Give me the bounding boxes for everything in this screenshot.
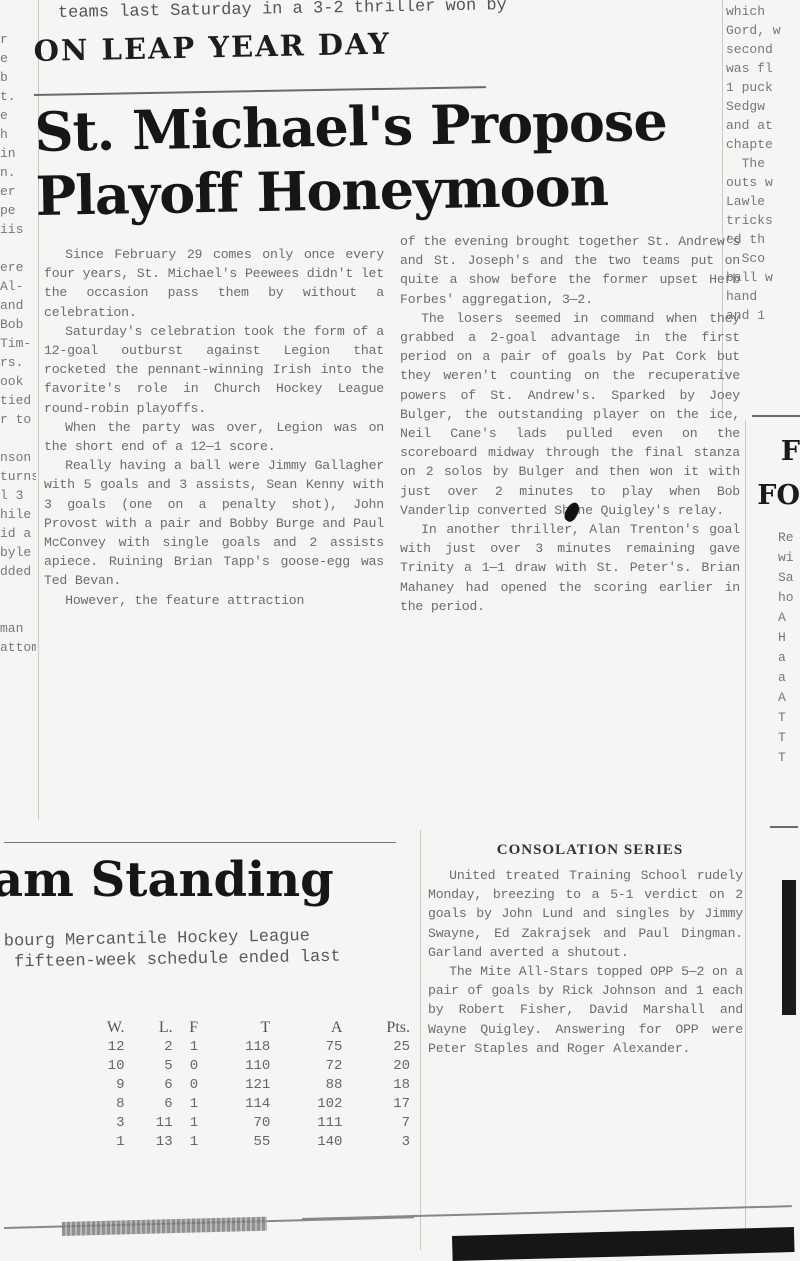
column-header: W.	[74, 1018, 124, 1037]
table-cell: 6	[124, 1094, 172, 1113]
column-header: A	[270, 1018, 342, 1037]
standings-table: W.L.FTAPts. 1221118752510501107220960121…	[74, 1018, 410, 1151]
table-row: 12211187525	[74, 1037, 410, 1056]
table-cell: 140	[270, 1132, 342, 1151]
article-paragraph: of the evening brought together St. Andr…	[400, 232, 740, 309]
table-cell: 1	[173, 1113, 198, 1132]
column-header: L.	[124, 1018, 172, 1037]
article-paragraph: Since February 29 comes only once every …	[44, 245, 384, 322]
table-cell: 3	[74, 1113, 124, 1132]
kicker-headline: ON LEAP YEAR DAY	[33, 27, 391, 68]
section-rule	[4, 842, 396, 843]
table-cell: 17	[342, 1094, 410, 1113]
main-headline: St. Michael's Propose Playoff Honeymoon	[34, 91, 668, 226]
dark-bar-fragment	[782, 880, 796, 1015]
newspaper-clipping: r e b t. e h in n. er pe iis ere Al- and…	[0, 0, 800, 1261]
column-header: Pts.	[342, 1018, 410, 1037]
table-row: 86111410217	[74, 1094, 410, 1113]
table-cell: 0	[173, 1056, 198, 1075]
column-header: F	[173, 1018, 198, 1037]
table-row: 3111701117	[74, 1113, 410, 1132]
table-cell: 1	[173, 1037, 198, 1056]
article-paragraph: Really having a ball were Jimmy Gallaghe…	[44, 456, 384, 590]
standings-headline: am Standing	[0, 852, 410, 908]
standings-intro: bourg Mercantile Hockey League fifteen-w…	[0, 924, 410, 973]
table-row: 9601218818	[74, 1075, 410, 1094]
bottom-rule	[302, 1205, 792, 1220]
table-cell: 10	[74, 1056, 124, 1075]
table-cell: 121	[198, 1075, 270, 1094]
table-cell: 70	[198, 1113, 270, 1132]
table-cell: 1	[173, 1094, 198, 1113]
table-cell: 25	[342, 1037, 410, 1056]
table-cell: 20	[342, 1056, 410, 1075]
table-cell: 6	[124, 1075, 172, 1094]
column-header: T	[198, 1018, 270, 1037]
article-paragraph: When the party was over, Legion was on t…	[44, 418, 384, 456]
article-column-2: of the evening brought together St. Andr…	[400, 232, 740, 616]
table-cell: 18	[342, 1075, 410, 1094]
table-cell: 11	[124, 1113, 172, 1132]
table-cell: 12	[74, 1037, 124, 1056]
table-cell: 0	[173, 1075, 198, 1094]
article-paragraph: The losers seemed in command when they g…	[400, 309, 740, 520]
table-cell: 88	[270, 1075, 342, 1094]
table-cell: 8	[74, 1094, 124, 1113]
table-cell: 1	[74, 1132, 124, 1151]
article-paragraph: Saturday's celebration took the form of …	[44, 322, 384, 418]
column-rule	[745, 420, 746, 1250]
table-cell: 7	[342, 1113, 410, 1132]
section-rule	[770, 826, 798, 828]
table-row: 10501107220	[74, 1056, 410, 1075]
table-cell: 1	[173, 1132, 198, 1151]
headline-fragment: F	[750, 430, 800, 474]
right-edge-text-fragment: Re wi Sa ho A H a a A T T T	[778, 528, 800, 828]
article-paragraph: In another thriller, Alan Trenton's goal…	[400, 520, 740, 616]
consolation-article: United treated Training School rudely Mo…	[428, 866, 743, 1058]
table-cell: 2	[124, 1037, 172, 1056]
table-cell: 111	[270, 1113, 342, 1132]
column-rule	[420, 830, 421, 1250]
headline-fragment: FO	[750, 474, 800, 518]
dark-bar-fragment	[452, 1227, 795, 1261]
table-cell: 75	[270, 1037, 342, 1056]
table-row: 1131551403	[74, 1132, 410, 1151]
dotted-bar-fragment	[62, 1217, 267, 1236]
right-edge-column-fragment: which Gord, w second was fl 1 puck Sedgw…	[726, 2, 800, 402]
standings-header-row: W.L.FTAPts.	[74, 1018, 410, 1037]
headline-line-1: St. Michael's Propose	[34, 91, 667, 162]
section-rule	[752, 415, 800, 417]
table-cell: 72	[270, 1056, 342, 1075]
left-edge-column-fragment: r e b t. e h in n. er pe iis ere Al- and…	[0, 30, 36, 810]
table-cell: 13	[124, 1132, 172, 1151]
table-cell: 55	[198, 1132, 270, 1151]
table-cell: 102	[270, 1094, 342, 1113]
table-cell: 3	[342, 1132, 410, 1151]
article-column-1: Since February 29 comes only once every …	[44, 245, 384, 610]
table-cell: 110	[198, 1056, 270, 1075]
article-paragraph: The Mite All-Stars topped OPP 5—2 on a p…	[428, 962, 743, 1058]
headline-line-2: Playoff Honeymoon	[35, 155, 668, 226]
top-fragment-text: teams last Saturday in a 3-2 thriller wo…	[58, 0, 708, 23]
table-cell: 114	[198, 1094, 270, 1113]
right-edge-headline-fragment: FFO	[750, 430, 800, 518]
table-cell: 9	[74, 1075, 124, 1094]
table-cell: 5	[124, 1056, 172, 1075]
article-paragraph: United treated Training School rudely Mo…	[428, 866, 743, 962]
article-paragraph: However, the feature attraction	[44, 591, 384, 610]
consolation-heading: CONSOLATION SERIES	[440, 842, 740, 859]
table-cell: 118	[198, 1037, 270, 1056]
